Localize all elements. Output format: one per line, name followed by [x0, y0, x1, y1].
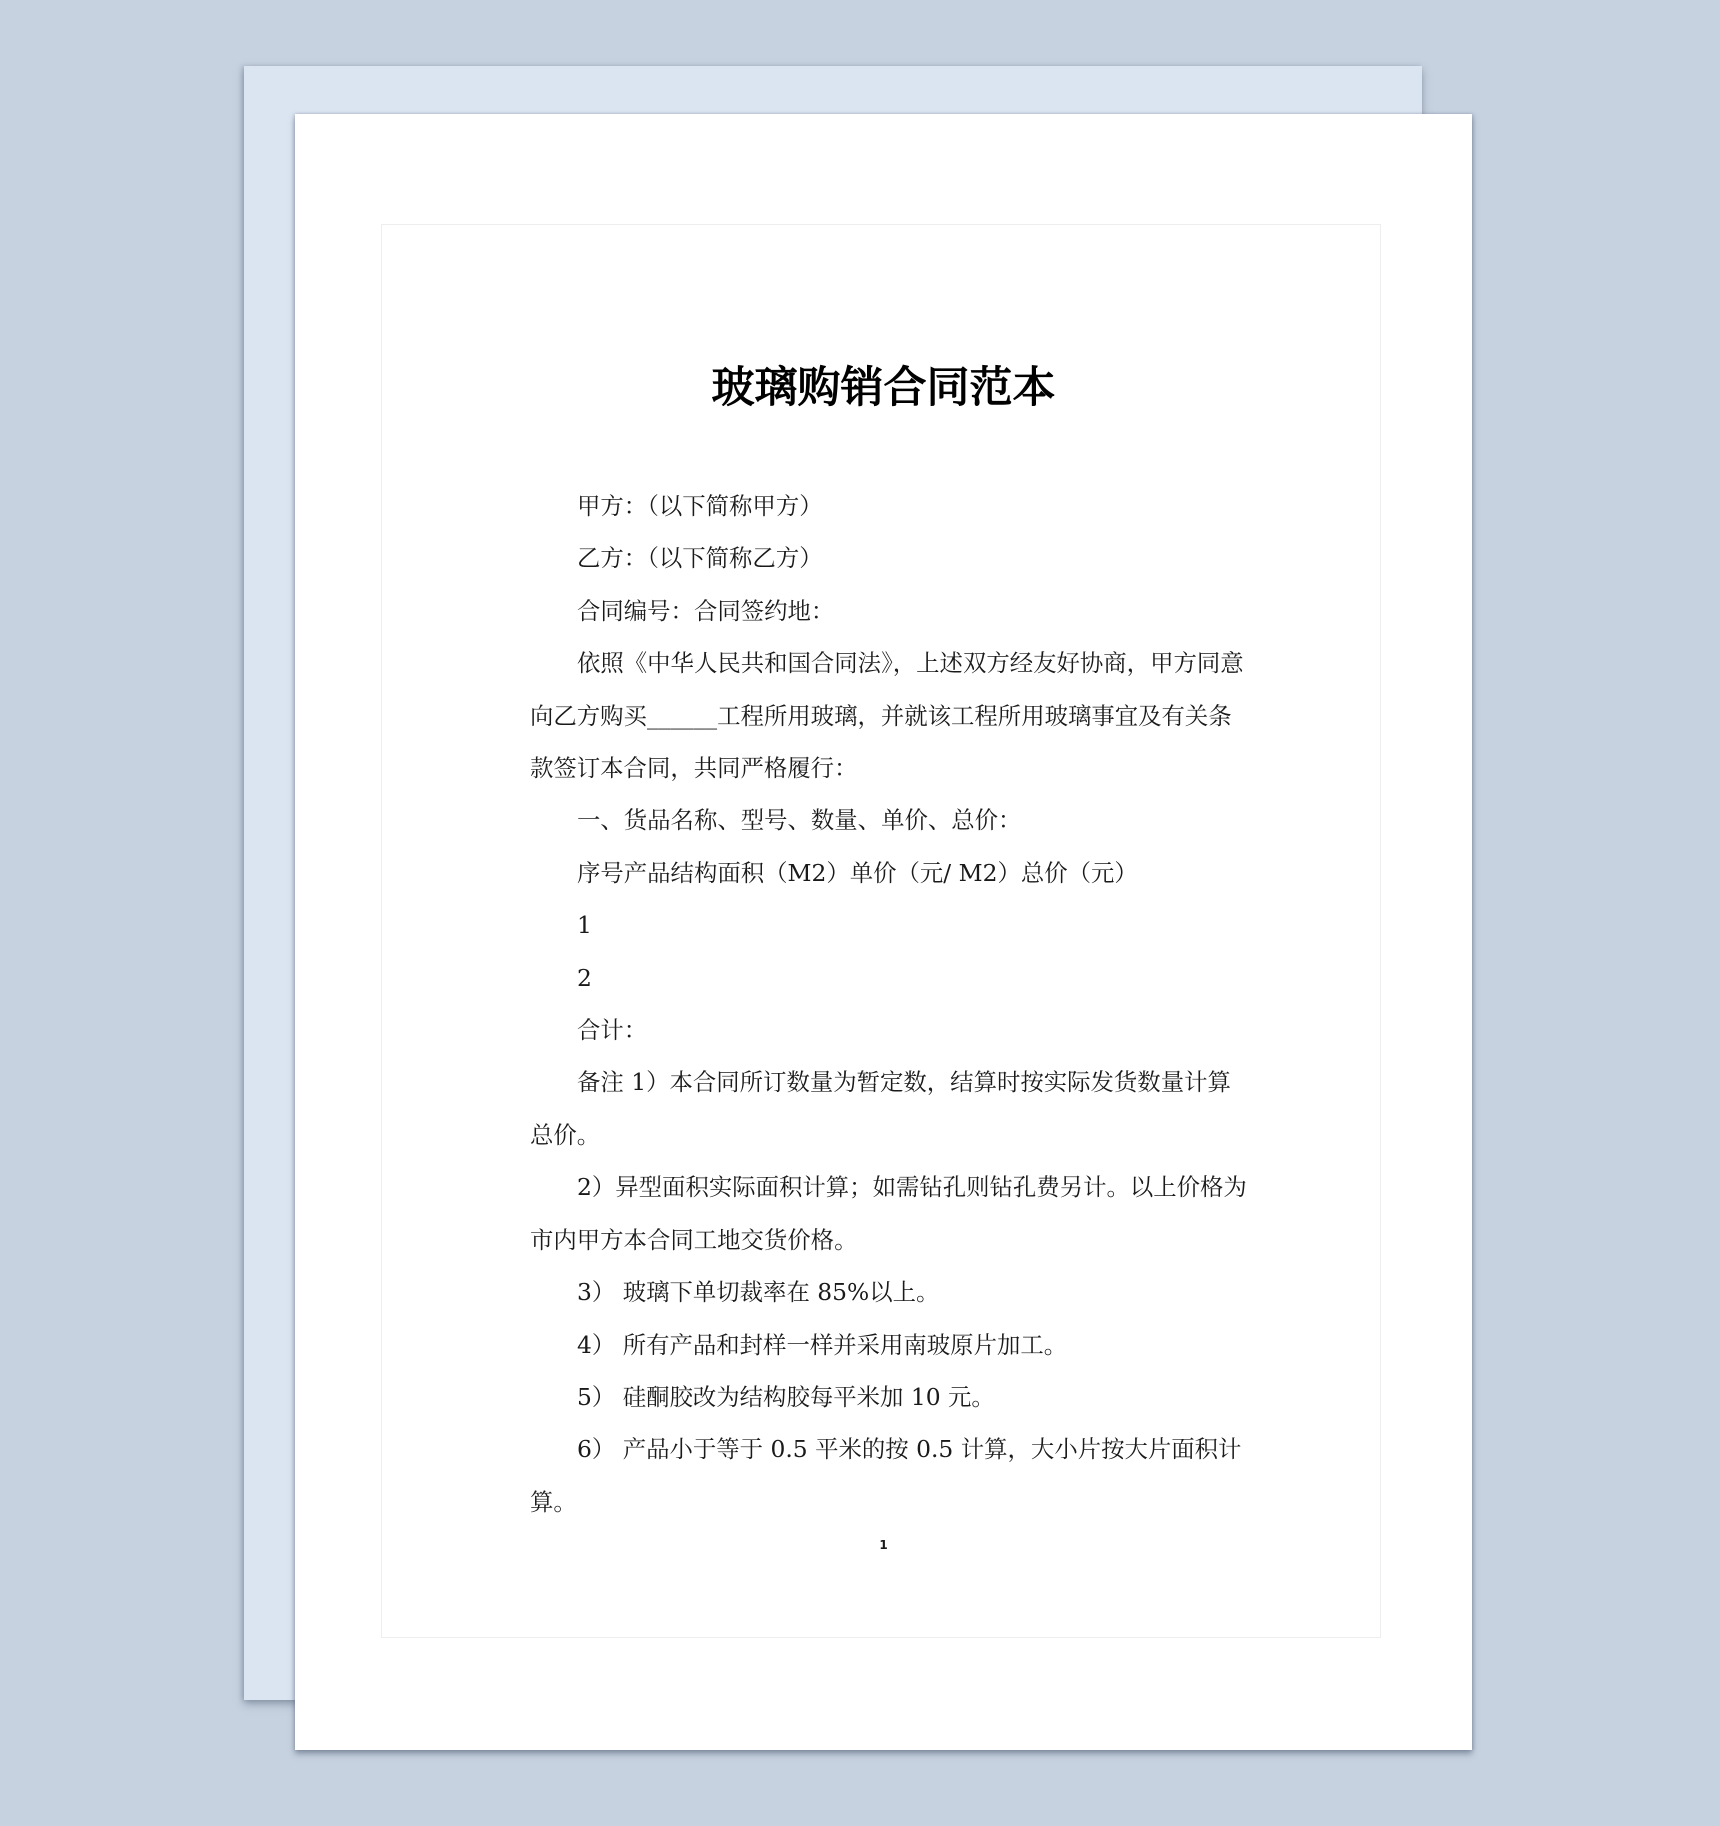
section-1-heading: 一、货品名称、型号、数量、单价、总价： [530, 794, 1236, 846]
party-b-line: 乙方：（以下简称乙方） [530, 532, 1236, 584]
note-3-line: 3） 玻璃下单切裁率在 85%以上。 [530, 1266, 1236, 1318]
note-6-line-1: 6） 产品小于等于 0.5 平米的按 0.5 计算，大小片按大片面积计 [530, 1423, 1236, 1475]
document-body: 甲方：（以下简称甲方） 乙方：（以下简称乙方） 合同编号：合同签约地： 依照《中… [530, 480, 1236, 1528]
note-1-line-1: 备注 1）本合同所订数量为暂定数，结算时按实际发货数量计算 [530, 1056, 1236, 1108]
table-row-2: 2 [530, 952, 1236, 1004]
table-row-1: 1 [530, 899, 1236, 951]
contract-number-line: 合同编号：合同签约地： [530, 585, 1236, 637]
note-2-line-2: 市内甲方本合同工地交货价格。 [530, 1214, 1236, 1266]
table-header-line: 序号产品结构面积（M2）单价（元/ M2）总价（元） [530, 847, 1236, 899]
document-page: 玻璃购销合同范本 甲方：（以下简称甲方） 乙方：（以下简称乙方） 合同编号：合同… [295, 114, 1472, 1750]
document-title: 玻璃购销合同范本 [295, 363, 1472, 413]
table-total-line: 合计： [530, 1004, 1236, 1056]
preamble-line-1: 依照《中华人民共和国合同法》，上述双方经友好协商，甲方同意 [530, 637, 1236, 689]
note-2-line-1: 2）异型面积实际面积计算；如需钻孔则钻孔费另计。以上价格为 [530, 1161, 1236, 1213]
note-4-line: 4） 所有产品和封样一样并采用南玻原片加工。 [530, 1319, 1236, 1371]
note-5-line: 5） 硅酮胶改为结构胶每平米加 10 元。 [530, 1371, 1236, 1423]
preamble-line-2: 向乙方购买______工程所用玻璃，并就该工程所用玻璃事宜及有关条 [530, 690, 1236, 742]
party-a-line: 甲方：（以下简称甲方） [530, 480, 1236, 532]
note-6-line-2: 算。 [530, 1476, 1236, 1528]
preamble-line-3: 款签订本合同，共同严格履行： [530, 742, 1236, 794]
page-number: 1 [295, 1538, 1472, 1552]
note-1-line-2: 总价。 [530, 1109, 1236, 1161]
